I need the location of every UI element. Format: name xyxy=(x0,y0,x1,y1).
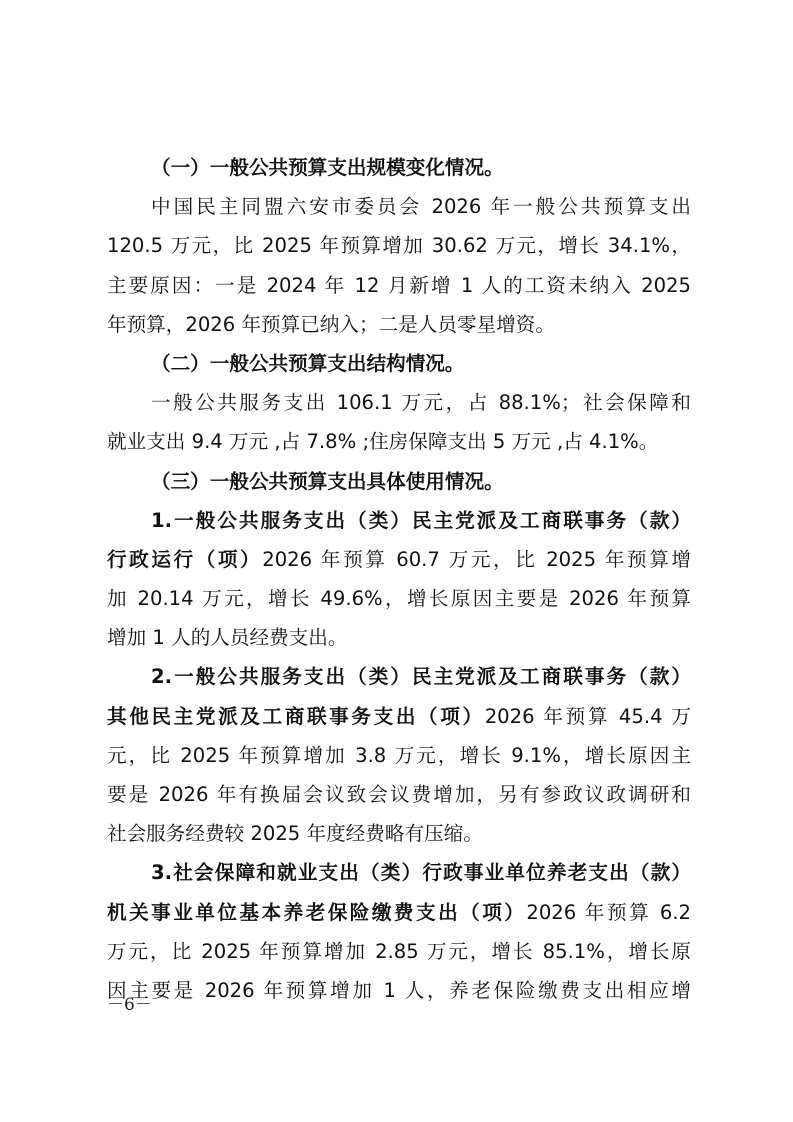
item-2-line: 社会服务经费较 2025 年度经费略有压缩。 xyxy=(107,814,691,853)
paragraph-line: 主要原因：一是 2024 年 12 月新增 1 人的工资未纳入 2025 xyxy=(107,266,691,305)
item-2-text: 2026 年预算 45.4 万 xyxy=(485,705,691,728)
item-3-text: 2026 年预算 6.2 xyxy=(526,901,691,924)
item-2-line: 其他民主党派及工商联事务支出（项）2026 年预算 45.4 万 xyxy=(107,697,691,736)
item-1-title: 1.一般公共服务支出（类）民主党派及工商联事务（款） xyxy=(107,501,691,540)
item-2-subtitle: 其他民主党派及工商联事务支出（项） xyxy=(107,705,485,728)
section-1-heading: （一）一般公共预算支出规模变化情况。 xyxy=(107,148,691,187)
item-3-line: 万元，比 2025 年预算增加 2.85 万元，增长 85.1%，增长原 xyxy=(107,932,691,971)
paragraph-line: 就业支出 9.4 万元 ,占 7.8% ;住房保障支出 5 万元 ,占 4.1%… xyxy=(107,422,691,461)
page-number: －6－ xyxy=(107,990,152,1015)
item-1-line: 行政运行（项）2026 年预算 60.7 万元，比 2025 年预算增 xyxy=(107,540,691,579)
item-3-subtitle: 机关事业单位基本养老保险缴费支出（项） xyxy=(107,901,526,924)
item-2-line: 要是 2026 年有换届会议致会议费增加，另有参政议政调研和 xyxy=(107,775,691,814)
item-1-line: 增加 1 人的人员经费支出。 xyxy=(107,618,691,657)
document-page: （一）一般公共预算支出规模变化情况。 中国民主同盟六安市委员会 2026 年一般… xyxy=(107,148,691,1010)
paragraph-line: 一般公共服务支出 106.1 万元，占 88.1%；社会保障和 xyxy=(107,383,691,422)
section-2-heading: （二）一般公共预算支出结构情况。 xyxy=(107,344,691,383)
item-3-title: 3.社会保障和就业支出（类）行政事业单位养老支出（款） xyxy=(107,853,691,892)
item-1-text: 2026 年预算 60.7 万元，比 2025 年预算增 xyxy=(262,548,691,571)
item-1-subtitle: 行政运行（项） xyxy=(107,548,262,571)
item-3-line: 因主要是 2026 年预算增加 1 人，养老保险缴费支出相应增 xyxy=(107,971,691,1010)
item-3-line: 机关事业单位基本养老保险缴费支出（项）2026 年预算 6.2 xyxy=(107,893,691,932)
section-3-heading: （三）一般公共预算支出具体使用情况。 xyxy=(107,462,691,501)
paragraph-line: 年预算，2026 年预算已纳入；二是人员零星增资。 xyxy=(107,305,691,344)
paragraph-line: 中国民主同盟六安市委员会 2026 年一般公共预算支出 xyxy=(107,187,691,226)
item-2-title: 2.一般公共服务支出（类）民主党派及工商联事务（款） xyxy=(107,657,691,696)
item-2-line: 元，比 2025 年预算增加 3.8 万元，增长 9.1%，增长原因主 xyxy=(107,736,691,775)
paragraph-line: 120.5 万元，比 2025 年预算增加 30.62 万元，增长 34.1%， xyxy=(107,226,691,265)
item-1-line: 加 20.14 万元，增长 49.6%，增长原因主要是 2026 年预算 xyxy=(107,579,691,618)
